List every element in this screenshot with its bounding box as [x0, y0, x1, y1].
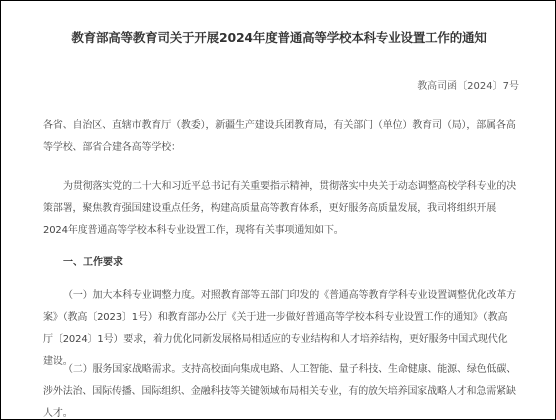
- document-number: 教高司函〔2024〕7号: [417, 77, 519, 92]
- requirement-item-2: （二）服务国家战略需求。支持高校面向集成电路、人工智能、量子科技、生命健康、能源…: [43, 359, 517, 420]
- intro-paragraph: 为贯彻落实党的二十大和习近平总书记有关重要指示精神，贯彻落实中央关于动态调整高校…: [43, 176, 517, 242]
- section-heading: 一、工作要求: [63, 253, 123, 268]
- salutation: 各省、自治区、直辖市教育厅（教委），新疆生产建设兵团教育局，有关部门（单位）教育…: [43, 115, 517, 159]
- document-title: 教育部高等教育司关于开展2024年度普通高等学校本科专业设置工作的通知: [1, 28, 556, 46]
- document-frame: 教育部高等教育司关于开展2024年度普通高等学校本科专业设置工作的通知 教高司函…: [0, 0, 556, 420]
